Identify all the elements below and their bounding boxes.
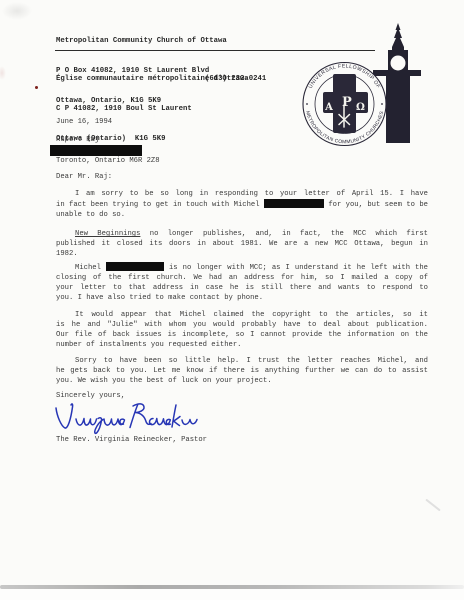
text-run: no longer publishes, and, in fact, the M… [140,230,428,238]
text-run: you. We wish you the best of luck on you… [56,377,272,385]
recipient-name: Rupert Raj [56,135,99,145]
text-run: in fact been trying to get in touch with… [56,201,264,209]
letter-line: published it closed its doors in about 1… [56,239,428,249]
letterhead-divider [55,50,375,51]
letter-line: Sorry to have been so little help. I tru… [56,356,428,366]
letter-date: June 16, 1994 [56,117,112,127]
letter-line: closing of the first church. We had an a… [56,273,428,283]
text-run: your letter to that address in case he i… [56,284,428,292]
letter-line: number of instalments you requested eith… [56,340,428,350]
salutation: Dear Mr. Raj: [56,172,112,182]
handwritten-signature [50,398,200,438]
text-run: published it closed its doors in about 1… [56,240,428,248]
seal-letter-alpha: Α [324,102,333,113]
scan-smudge-top-left [2,2,32,20]
letter-line: you. I have also tried to make contact b… [56,293,428,303]
text-run: closing of the first church. We had an a… [56,274,428,282]
letterhead-address-line-fr: C P 41082, 1910 Boul St Laurent [56,104,249,114]
seal-letter-omega: Ω [356,102,365,113]
scan-scratch [425,499,440,512]
paragraph-3: Michel is no longer with MCC; as I under… [56,262,428,303]
text-run: unable to do so. [56,211,125,219]
letter-line: he gets back to you. Let me know if ther… [56,366,428,376]
letter-line: in fact been trying to get in touch with… [56,199,428,210]
scan-smudge-left [0,66,6,80]
text-run: number of instalments you requested eith… [56,341,241,349]
letter-line: Our file of back issues is incomplete, s… [56,330,428,340]
paragraph-4: It would appear that Michel claimed the … [56,310,428,350]
text-run: Michel [75,264,106,272]
letterhead-phone: (613) 232-0241 [205,74,266,84]
redaction-bar [264,199,324,208]
recipient-city: Toronto, Ontario M6R 2Z8 [56,156,160,166]
text-run: I am sorry to be so long in responding t… [75,190,428,198]
text-run: you. I have also tried to make contact b… [56,294,263,302]
letter-line: New Beginnings no longer publishes, and,… [56,229,428,239]
text-run: Our file of back issues is incomplete, s… [56,331,428,339]
text-run: 1982. [56,250,78,258]
letter-line: It would appear that Michel claimed the … [56,310,428,320]
letter-line: is he and "Julie" with whom you would pr… [56,320,428,330]
paragraph-1: I am sorry to be so long in responding t… [56,189,428,220]
text-run: for you, but seem to be [324,201,428,209]
paragraph-5: Sorry to have been so little help. I tru… [56,356,428,386]
letter-line: I am sorry to be so long in responding t… [56,189,428,199]
typed-signature: The Rev. Virginia Reinecker, Pastor [56,435,207,445]
clock-face [391,56,406,71]
text-run: Sorry to have been so little help. I tru… [75,357,428,365]
letter-line: Michel is no longer with MCC; as I under… [56,262,428,273]
scanned-letter-page: Metropolitan Community Church of Ottawa … [0,0,464,600]
text-run: is no longer with MCC; as I understand i… [164,264,428,272]
red-ink-dot [35,86,38,89]
letter-line: you. We wish you the best of luck on you… [56,376,428,386]
letter-line: 1982. [56,249,428,259]
letter-line: unable to do so. [56,210,428,220]
paragraph-2: New Beginnings no longer publishes, and,… [56,229,428,259]
text-run: he gets back to you. Let me know if ther… [56,367,428,375]
redaction-bar [106,262,164,271]
scanner-background [0,589,464,600]
ufmcc-seal-icon: UNIVERSAL FELLOWSHIP OF METROPOLITAN COM… [300,61,390,149]
underlined-text: New Beginnings [75,230,140,238]
text-run: is he and "Julie" with whom you would pr… [56,321,428,329]
text-run: It would appear that Michel claimed the … [75,311,428,319]
letterhead-org-name: Metropolitan Community Church of Ottawa [56,36,227,46]
letter-line: your letter to that address in case he i… [56,283,428,293]
redaction-bar-street [50,145,142,156]
